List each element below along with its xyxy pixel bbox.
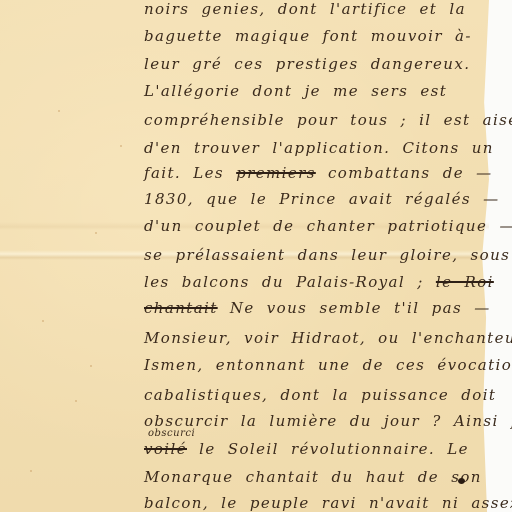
- line-text: fait. Les: [144, 164, 236, 182]
- manuscript-line: les balcons du Palais-Royal ; le Roi: [144, 273, 489, 291]
- foxing-spot: [90, 365, 92, 367]
- manuscript-line: fait. Les premiers combattans de —: [144, 164, 489, 182]
- manuscript-line: obscurcir la lumière du jour ? Ainsi fut: [144, 412, 489, 430]
- manuscript-line: chantait Ne vous semble t'il pas —: [144, 299, 489, 317]
- foxing-spot: [42, 320, 44, 322]
- foxing-spot: [75, 400, 77, 402]
- foxing-spot: [95, 232, 97, 234]
- struck-word: le Roi: [436, 273, 494, 291]
- line-text: combattans de —: [316, 164, 493, 182]
- manuscript-line: d'en trouver l'application. Citons un: [144, 139, 489, 157]
- manuscript-line: Monsieur, voir Hidraot, ou l'enchanteur: [144, 329, 489, 347]
- line-text: Ne vous semble t'il pas —: [218, 299, 491, 317]
- manuscript-line: Monarque chantait du haut de son: [144, 468, 489, 486]
- line-text: les balcons du Palais-Royal ;: [144, 273, 436, 291]
- foxing-spot: [30, 470, 32, 472]
- ink-blot: [458, 478, 465, 484]
- manuscript-line: noirs genies, dont l'artifice et la: [144, 0, 489, 18]
- manuscript-line: 1830, que le Prince avait régalés —: [144, 190, 489, 208]
- manuscript-line: Ismen, entonnant une de ces évocations —: [144, 356, 489, 374]
- struck-word: voilé: [144, 440, 187, 458]
- foxing-spot: [58, 110, 60, 112]
- manuscript-line: voilé le Soleil révolutionnaire. Le: [144, 440, 489, 458]
- foxing-spot: [120, 145, 122, 147]
- struck-word: chantait: [144, 299, 218, 317]
- manuscript-scan: noirs genies, dont l'artifice et la bagu…: [0, 0, 512, 512]
- interlinear-insertion: obscurci: [148, 428, 195, 439]
- manuscript-line: d'un couplet de chanter patriotique —: [144, 217, 489, 235]
- manuscript-line: compréhensible pour tous ; il est aisé: [144, 111, 489, 129]
- manuscript-line: L'allégorie dont je me sers est: [144, 82, 489, 100]
- manuscript-line: cabalistiques, dont la puissance doit: [144, 386, 489, 404]
- manuscript-line: baguette magique font mouvoir à-: [144, 27, 489, 45]
- manuscript-line: leur gré ces prestiges dangereux.: [144, 55, 489, 73]
- struck-word: premiers: [236, 164, 316, 182]
- line-text: le Soleil révolutionnaire. Le: [187, 440, 469, 458]
- manuscript-line: balcon, le peuple ravi n'avait ni assez: [144, 494, 489, 512]
- manuscript-line: se prélassaient dans leur gloire, sous: [144, 246, 489, 264]
